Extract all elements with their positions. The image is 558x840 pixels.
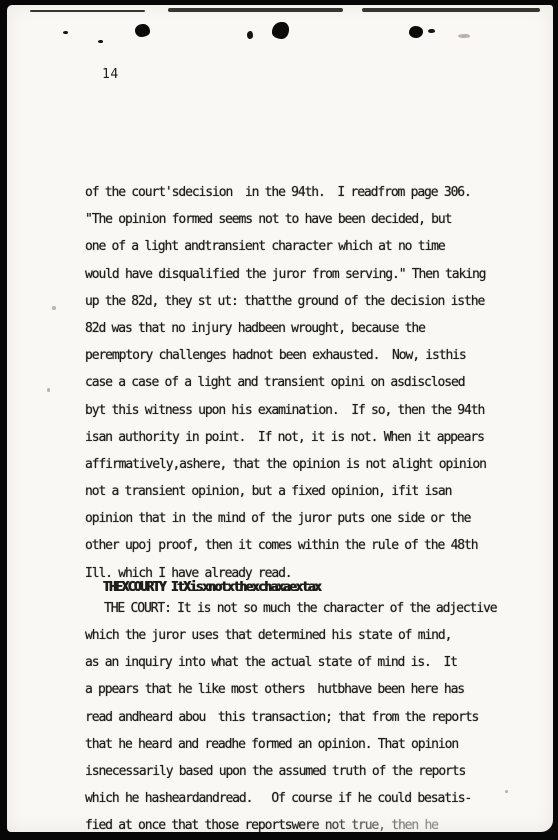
text-line: fied at once that those reportswere not …: [85, 812, 537, 839]
text-line: peremptory challenges hadnot been exhaus…: [85, 342, 537, 369]
text-line: isnecessarily based upon the assumed tru…: [85, 758, 537, 785]
struck-out-line: THEXCOURTY ItXisxnotxthexchaxaextax: [85, 580, 537, 595]
text-line: THE COURT: It is not so much the charact…: [85, 595, 537, 622]
text-line: that he heard and readhe formed an opini…: [85, 731, 537, 758]
text-line: isan authority in point. If not, it is n…: [85, 424, 537, 451]
text-line: affirmatively,ashere, that the opinion i…: [85, 451, 537, 478]
text-line: other upoj proof, then it comes within t…: [85, 532, 537, 559]
text-line: which he hasheardandread. Of course if h…: [85, 785, 537, 812]
text-line: one of a light andtransient character wh…: [85, 233, 537, 260]
text-line: as an inquiry into what the actual state…: [85, 649, 537, 676]
text-line: which the juror uses that determined his…: [85, 622, 537, 649]
scanned-page-photo: { "page": { "number": "14" }, "colors": …: [0, 0, 558, 840]
text-line: up the 82d, they st ut: thatthe ground o…: [85, 288, 537, 315]
text-line: 82d was that no injury hadbeen wrought, …: [85, 315, 537, 342]
text-line: "The opinion formed seems not to have be…: [85, 206, 537, 233]
text-line: case a case of a light and transient opi…: [85, 369, 537, 396]
document-page: 14 of the court'sdecision in the 94th. I…: [7, 5, 553, 832]
text-line: not a transient opinion, but a fixed opi…: [85, 478, 537, 505]
text-line: would have disqualified the juror from s…: [85, 261, 537, 288]
text-line: a ppears that he like most others hutbha…: [85, 676, 537, 703]
text-line: byt this witness upon his examination. I…: [85, 397, 537, 424]
text-block: of the court'sdecision in the 94th. I re…: [85, 179, 537, 840]
text-line: of the court'sdecision in the 94th. I re…: [85, 179, 537, 206]
text-line: read andheard abou this transaction; tha…: [85, 704, 537, 731]
text-line: opinion that in the mind of the juror pu…: [85, 505, 537, 532]
page-number: 14: [102, 67, 119, 82]
